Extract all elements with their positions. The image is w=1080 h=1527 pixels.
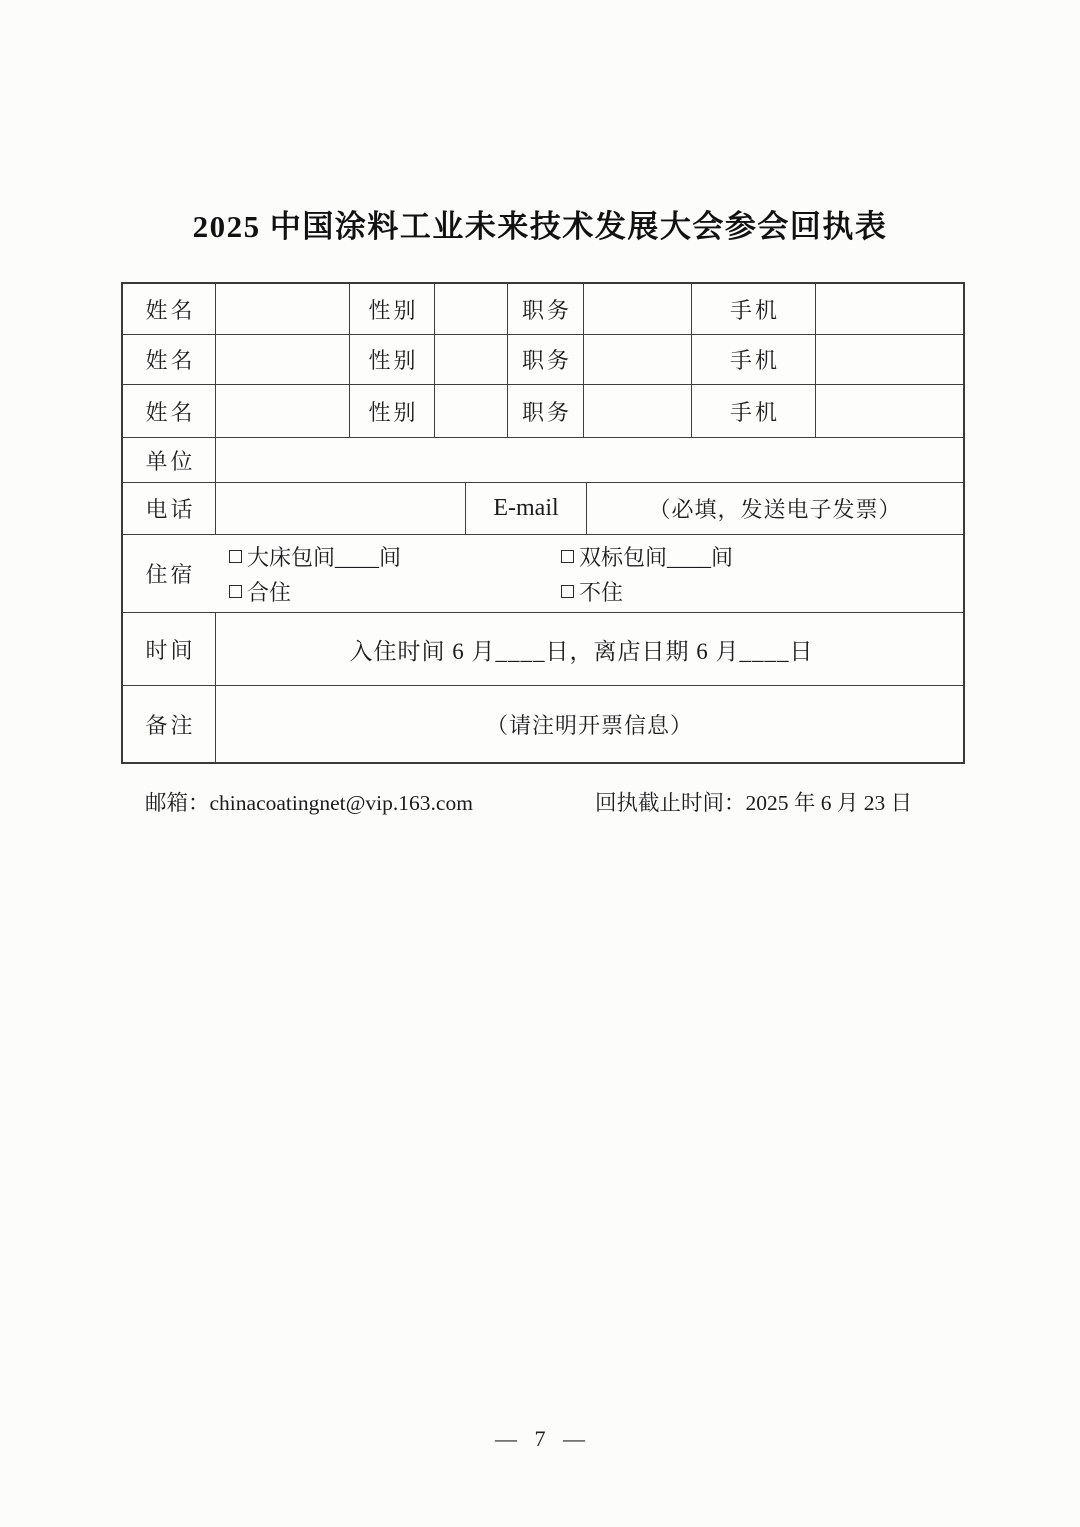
name-label: 姓名 [123,385,215,437]
lodging-option-share-room[interactable]: 合住 [229,576,561,607]
checkbox-icon[interactable] [561,585,574,598]
remarks-label: 备注 [123,686,215,762]
reply-deadline-line: 回执截止时间：2025 年 6 月 23 日 [595,786,912,817]
gender-label: 性别 [349,284,434,334]
lodging-row: 住宿 大床包间____间 双标包间____间 合住 不 [123,534,963,612]
mobile-label: 手机 [691,385,815,437]
remarks-input-cell[interactable]: （请注明开票信息） [215,686,963,762]
phone-email-row: 电话 E-mail （必填，发送电子发票） [123,482,963,534]
checkbox-icon[interactable] [229,550,242,563]
deadline-label: 回执截止时间： [595,791,746,815]
mobile-input-cell[interactable] [815,385,963,437]
position-label: 职务 [507,385,583,437]
page-title: 2025 中国涂料工业未来技术发展大会参会回执表 [0,201,1080,246]
lodging-option-label: 不住 [579,576,623,607]
contact-email-label: 邮箱： [145,791,210,815]
lodging-option-twin-room[interactable]: 双标包间____间 [561,541,733,572]
gender-input-cell[interactable] [434,335,507,384]
phone-label: 电话 [123,483,215,534]
position-label: 职务 [507,335,583,384]
lodging-option-king-room[interactable]: 大床包间____间 [229,541,561,572]
mobile-input-cell[interactable] [815,335,963,384]
gender-input-cell[interactable] [434,284,507,334]
name-input-cell[interactable] [215,335,349,384]
lodging-option-label: 合住 [247,576,291,607]
checkbox-icon[interactable] [229,585,242,598]
gender-input-cell[interactable] [434,385,507,437]
phone-input-cell[interactable] [215,483,465,534]
mobile-input-cell[interactable] [815,284,963,334]
name-label: 姓名 [123,335,215,384]
schedule-label: 时间 [123,613,215,685]
mobile-label: 手机 [691,335,815,384]
page-number: — 7 — [0,1426,1080,1452]
unit-label: 单位 [123,438,215,482]
schedule-row: 时间 入住时间 6 月____日，离店日期 6 月____日 [123,612,963,685]
attendee-row-2: 姓名 性别 职务 手机 [123,334,963,384]
lodging-option-no-stay[interactable]: 不住 [561,576,623,607]
name-label: 姓名 [123,284,215,334]
gender-label: 性别 [349,335,434,384]
lodging-options: 大床包间____间 双标包间____间 合住 不住 [215,535,963,612]
name-input-cell[interactable] [215,284,349,334]
attendee-row-1: 姓名 性别 职务 手机 [123,284,963,334]
schedule-text: 入住时间 6 月____日，离店日期 6 月____日 [350,633,830,666]
mobile-label: 手机 [691,284,815,334]
position-input-cell[interactable] [583,335,691,384]
gender-label: 性别 [349,385,434,437]
lodging-line-2: 合住 不住 [229,576,963,607]
checkbox-icon[interactable] [561,550,574,563]
deadline-value: 2025 年 6 月 23 日 [746,791,913,815]
lodging-label: 住宿 [123,535,215,612]
email-input-cell[interactable]: （必填，发送电子发票） [586,483,963,534]
remarks-note: （请注明开票信息） [486,709,693,740]
unit-input-cell[interactable] [215,438,963,482]
lodging-option-label: 大床包间____间 [247,541,401,572]
email-required-note: （必填，发送电子发票） [648,493,901,524]
schedule-input-cell[interactable]: 入住时间 6 月____日，离店日期 6 月____日 [215,613,963,685]
position-input-cell[interactable] [583,385,691,437]
position-input-cell[interactable] [583,284,691,334]
lodging-line-1: 大床包间____间 双标包间____间 [229,541,963,572]
contact-email-line: 邮箱：chinacoatingnet@vip.163.com [145,786,473,817]
lodging-option-label: 双标包间____间 [579,541,733,572]
registration-form-table: 姓名 性别 职务 手机 姓名 性别 职务 手机 姓名 性别 职务 手机 单位 电… [121,282,965,764]
name-input-cell[interactable] [215,385,349,437]
remarks-row: 备注 （请注明开票信息） [123,685,963,762]
attendee-row-3: 姓名 性别 职务 手机 [123,384,963,437]
email-label: E-mail [465,483,586,534]
position-label: 职务 [507,284,583,334]
unit-row: 单位 [123,437,963,482]
contact-email-value: chinacoatingnet@vip.163.com [210,791,473,815]
